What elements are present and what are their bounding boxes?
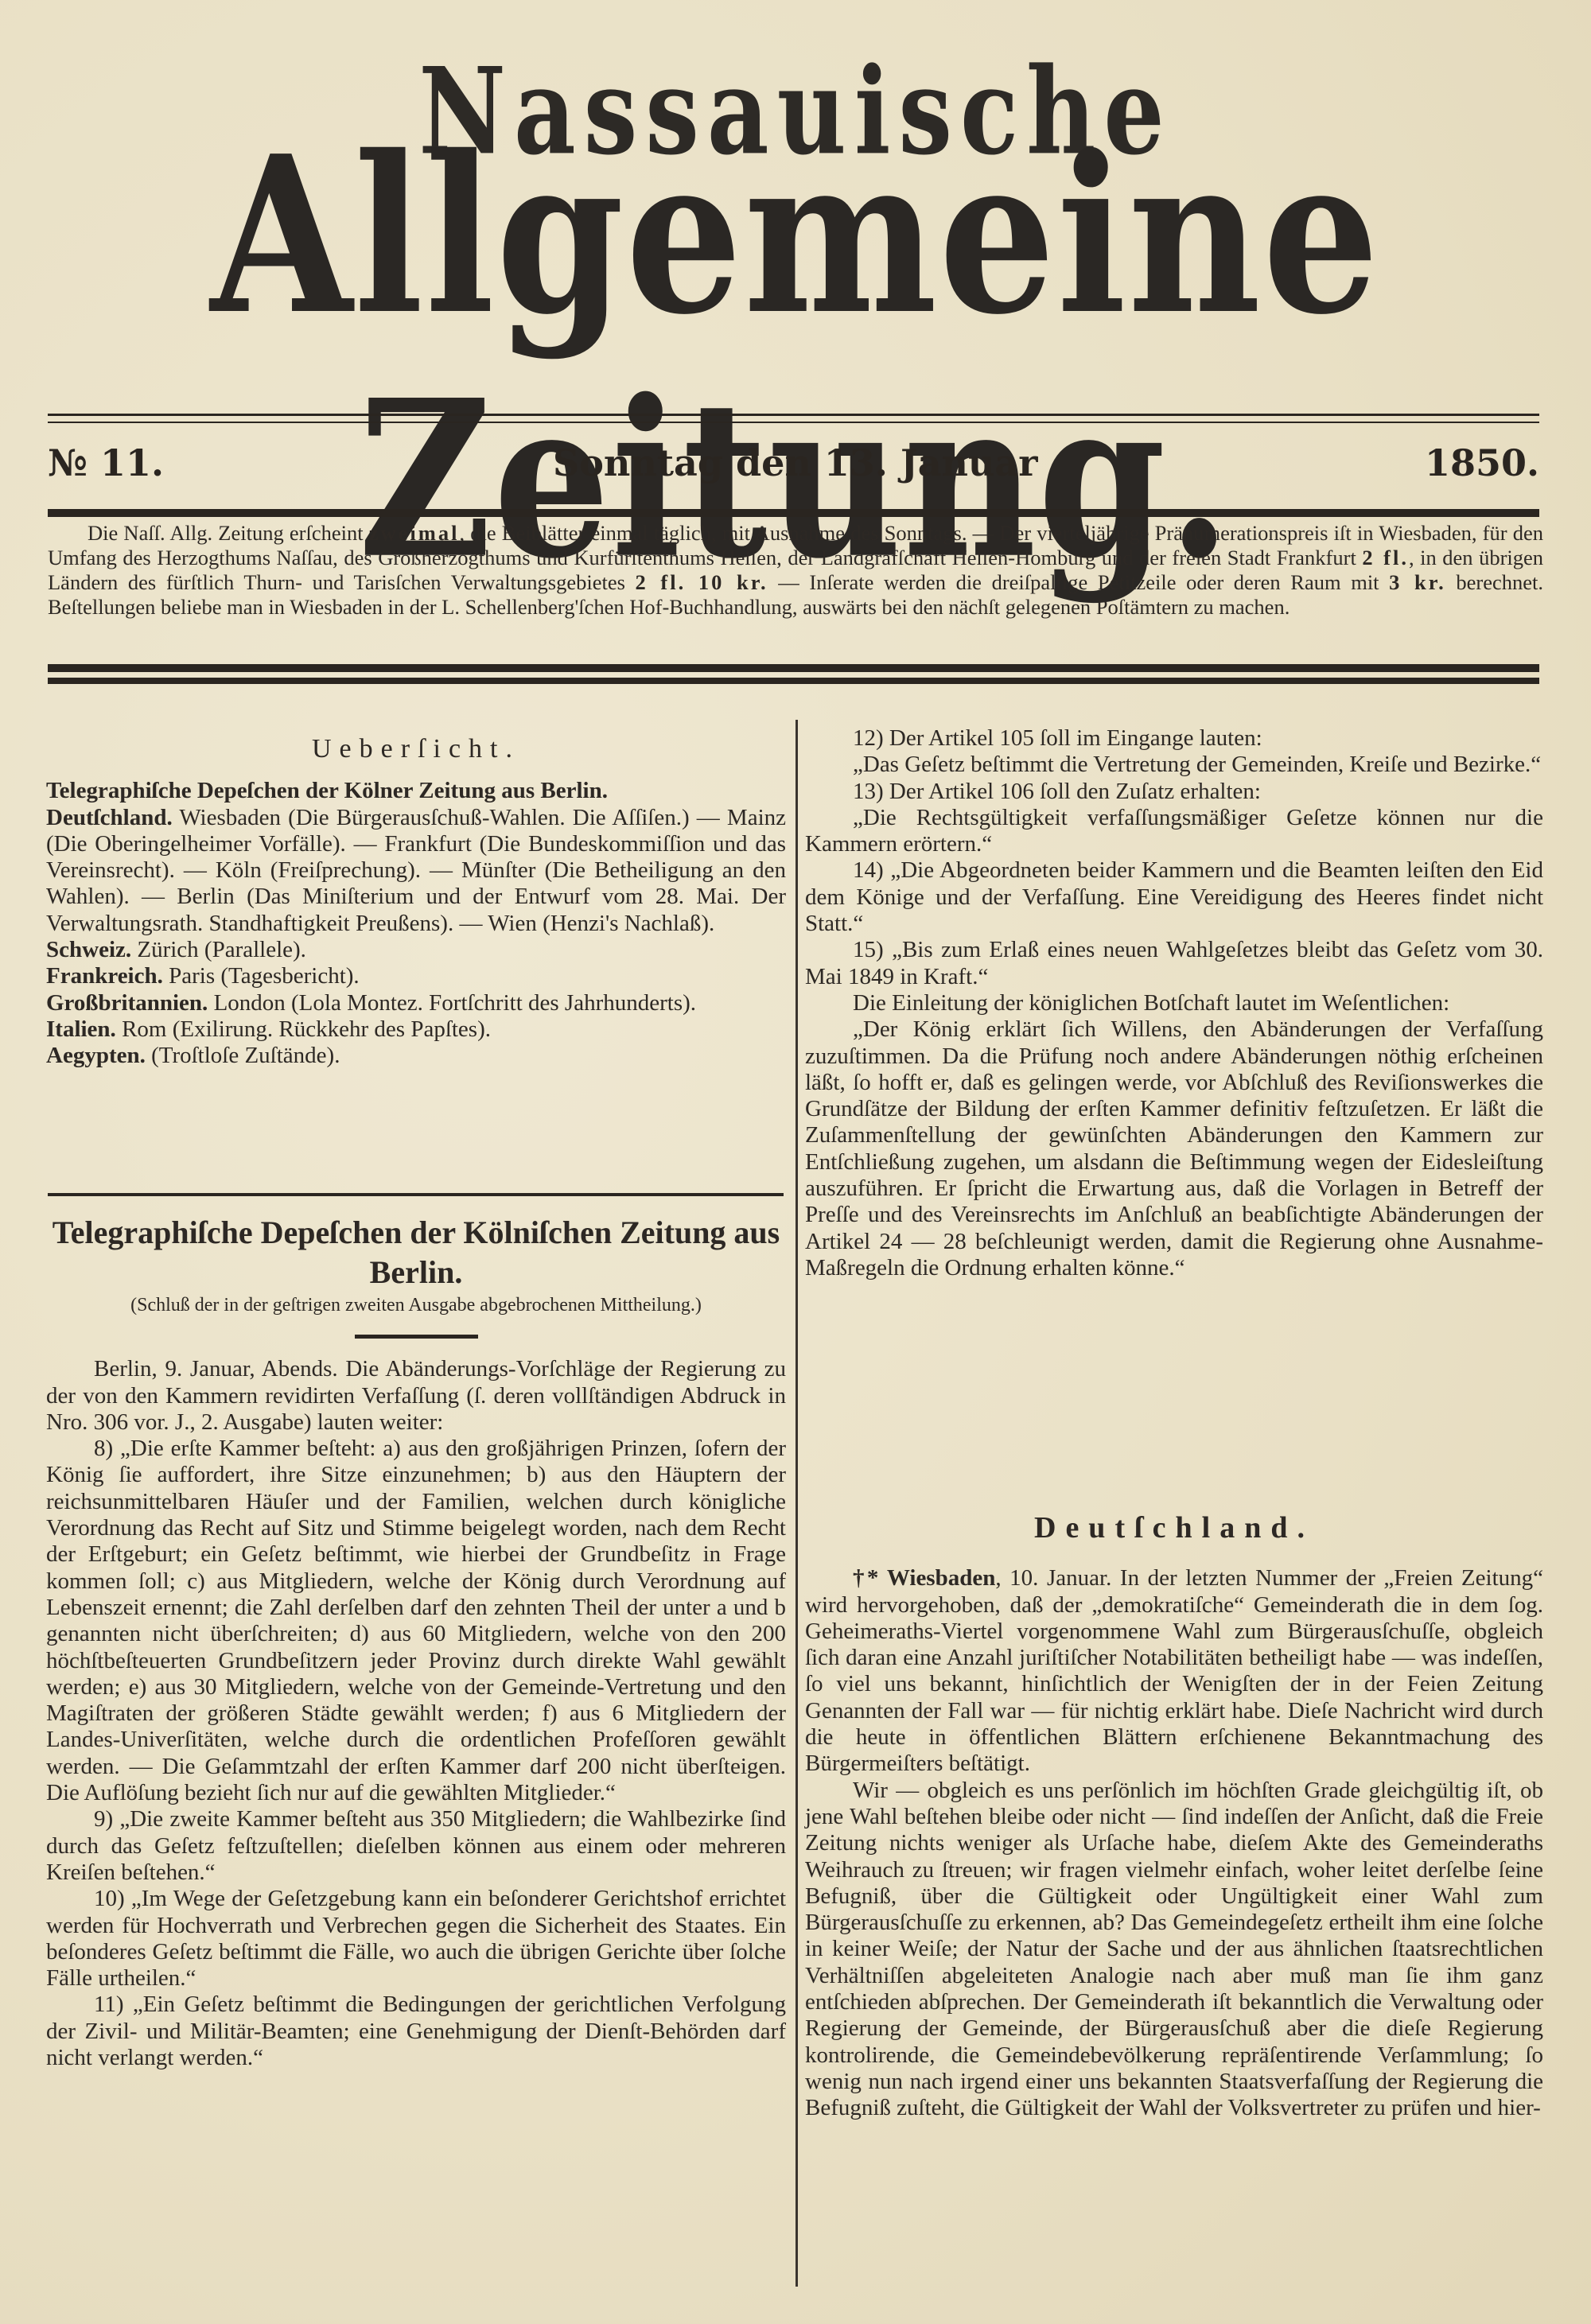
overview-title: Ueberſicht. <box>46 736 786 762</box>
notice-rule-2 <box>48 678 1539 684</box>
overview-country: Telegraphiſche Depeſchen der Kölner Zeit… <box>46 778 608 803</box>
issue-number: № 11. <box>48 441 164 484</box>
overview-text: Zürich (Parallele). <box>131 937 306 962</box>
article-quote: „Das Geſetz beſtimmt die Vertretung der … <box>805 752 1543 778</box>
article-paragraph: Berlin, 9. Januar, Abends. Die Abänderun… <box>46 1356 786 1436</box>
article-subhead: (Schluß der in der geſtrigen zweiten Aus… <box>46 1292 786 1319</box>
notice-price: 2 fl. <box>1362 546 1409 569</box>
overview-country: Aegypten. <box>46 1043 146 1068</box>
subscription-notice: Die Naſſ. Allg. Zeitung erſcheint zweima… <box>48 521 1543 620</box>
column-divider <box>795 720 798 2287</box>
overview-country: Schweiz. <box>46 937 131 962</box>
paragraph-text: In der letzten Nummer der „Freien Zeitun… <box>805 1565 1543 1776</box>
article-paragraph: 14) „Die Abgeordneten beider Kammern und… <box>805 857 1543 937</box>
article-paragraph: 8) „Die erſte Kammer beſteht: a) aus den… <box>46 1436 786 1806</box>
notice-price: 2 fl. 10 kr. <box>636 570 768 594</box>
overview-text: (Troſtloſe Zuſtände). <box>146 1043 340 1068</box>
issue-date: Sonntag den 13. Januar <box>553 441 1037 484</box>
right-column: 12) Der Artikel 105 ſoll im Eingange lau… <box>805 725 1543 1281</box>
dateline-mark: †* <box>853 1565 878 1591</box>
article-paragraph: 12) Der Artikel 105 ſoll im Eingange lau… <box>805 725 1543 752</box>
overview-item: Italien. Rom (Exilirung. Rückkehr des Pa… <box>46 1016 786 1043</box>
article-paragraph: 15) „Bis zum Erlaß eines neuen Wahlgeſet… <box>805 937 1543 990</box>
notice-text: — Inſerate werden die dreiſpaltige Petit… <box>768 570 1390 594</box>
overview-item: Telegraphiſche Depeſchen der Kölner Zeit… <box>46 778 786 804</box>
dateline-date: , 10. Januar. <box>995 1565 1111 1591</box>
issue-year: 1850. <box>1425 441 1539 484</box>
article-paragraph: †* Wiesbaden, 10. Januar. In der letzten… <box>805 1565 1543 1777</box>
masthead-rule-thin <box>48 414 1539 416</box>
masthead-rule-thin-2 <box>48 422 1539 423</box>
overview-item: Deutſchland. Wiesbaden (Die Bürgerausſch… <box>46 805 786 937</box>
article-paragraph: 11) „Ein Geſetz beſtimmt die Bedingungen… <box>46 1992 786 2071</box>
article-paragraph: Die Einleitung der königlichen Botſchaft… <box>805 990 1543 1016</box>
overview-item: Aegypten. (Troſtloſe Zuſtände). <box>46 1043 786 1069</box>
dateline-rule <box>48 509 1539 517</box>
article-paragraph: 9) „Die zweite Kammer beſteht aus 350 Mi… <box>46 1806 786 1886</box>
article-paragraph: Wir — obgleich es uns perſönlich im höch… <box>805 1778 1543 2122</box>
article-paragraph: 10) „Im Wege der Geſetzgebung kann ein b… <box>46 1886 786 1992</box>
telegraph-article: Telegraphiſche Depeſchen der Kölniſchen … <box>46 1213 786 2071</box>
overview-text: Paris (Tagesbericht). <box>163 963 360 989</box>
notice-price: 3 kr. <box>1389 570 1446 594</box>
newspaper-page: Nassauische Allgemeine Zeitung. № 11. So… <box>0 0 1591 2324</box>
section-rule <box>48 1193 784 1196</box>
overview-item: Schweiz. Zürich (Parallele). <box>46 937 786 963</box>
section-title: Deutſchland. <box>805 1515 1543 1541</box>
deutschland-section: Deutſchland. †* Wiesbaden, 10. Januar. I… <box>805 1515 1543 2122</box>
overview-country: Italien. <box>46 1016 116 1042</box>
notice-rule-1 <box>48 664 1539 672</box>
short-rule <box>355 1335 478 1339</box>
overview-item: Großbritannien. London (Lola Montez. For… <box>46 990 786 1016</box>
overview-country: Großbritannien. <box>46 990 208 1016</box>
overview-text: Rom (Exilirung. Rückkehr des Papſtes). <box>116 1016 491 1042</box>
overview-country: Deutſchland. <box>46 805 173 830</box>
article-quote: „Die Rechtsgültigkeit verfaſſungsmäßiger… <box>805 805 1543 858</box>
dateline-place: Wiesbaden <box>887 1565 995 1591</box>
overview-country: Frankreich. <box>46 963 163 989</box>
overview-text: London (Lola Montez. Fortſchritt des Jah… <box>208 990 696 1016</box>
article-paragraph: 13) Der Artikel 106 ſoll den Zuſatz erha… <box>805 779 1543 805</box>
overview-item: Frankreich. Paris (Tagesbericht). <box>46 963 786 989</box>
dateline: № 11. Sonntag den 13. Januar 1850. <box>48 441 1539 489</box>
article-headline: Telegraphiſche Depeſchen der Kölniſchen … <box>46 1213 786 1292</box>
left-column: Ueberſicht. Telegraphiſche Depeſchen der… <box>46 736 786 1070</box>
notice-emphasis: zweimal <box>369 521 460 545</box>
article-quote: „Der König erklärt ſich Willens, den Abä… <box>805 1016 1543 1281</box>
notice-text: Die Naſſ. Allg. Zeitung erſcheint <box>88 521 369 545</box>
